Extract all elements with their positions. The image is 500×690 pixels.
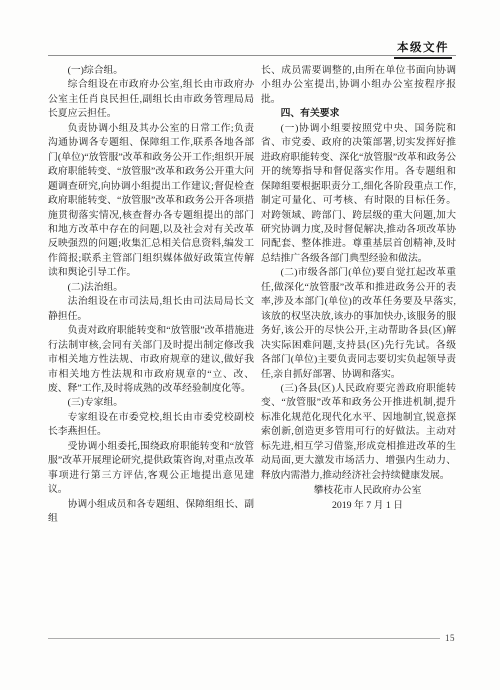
paragraph-continuation-end: 长、成员需要调整的,由所在单位书面向协调小组办公室提出,协调小组办公室按程序报批…	[261, 64, 456, 107]
subheading-group-3: (三)专家组。	[48, 396, 254, 410]
paragraph: 综合组设在市政府办公室,组长由市政府办公室主任肖良民担任,副组长由市政务管理局局…	[48, 78, 254, 121]
left-column: (一)综合组。 综合组设在市政府办公室,组长由市政府办公室主任肖良民担任,副组长…	[48, 64, 254, 527]
paragraph: 专家组设在市委党校,组长由市委党校副校长李燕担任。	[48, 411, 254, 440]
page-number: 15	[440, 633, 455, 643]
paragraph-continuation-start: 协调小组成员和各专题组、保障组组长、副组	[48, 498, 254, 527]
paragraph: (一)协调小组要按照党中央、国务院和省、市党委、政府的决策部署,切实发挥好推进政…	[261, 122, 456, 267]
paragraph: (三)各县(区)人民政府要完善政府职能转变、“放管服”改革和政务公开推进机制,提…	[261, 382, 456, 483]
signature-block: 攀枝花市人民政府办公室 2019 年 7 月 1 日	[270, 484, 465, 513]
footer-rule	[48, 638, 440, 639]
signature-issuer: 攀枝花市人民政府办公室	[270, 484, 465, 498]
document-page: 本级文件 (一)综合组。 综合组设在市政府办公室,组长由市政府办公室主任肖良民担…	[0, 0, 500, 690]
subheading-group-1: (一)综合组。	[48, 64, 254, 78]
section-heading-requirements: 四、有关要求	[261, 107, 456, 121]
paragraph: 法治组设在市司法局,组长由司法局局长文静担任。	[48, 295, 254, 324]
subheading-group-2: (二)法治组。	[48, 281, 254, 295]
paragraph: 受协调小组委托,围绕政府职能转变和“放管服”改革开展理论研究,提供政策咨询,对重…	[48, 440, 254, 498]
page-header-rule: 本级文件	[48, 32, 456, 56]
paragraph: 负责协调小组及其办公室的日常工作;负责沟通协调各专题组、保障组工作,联系各地各部…	[48, 122, 254, 281]
header-section-label: 本级文件	[394, 39, 452, 59]
paragraph: 负责对政府职能转变和“放管服”改革措施进行法制审核,会同有关部门及时提出制定修改…	[48, 324, 254, 396]
right-column: 长、成员需要调整的,由所在单位书面向协调小组办公室提出,协调小组办公室按程序报批…	[261, 64, 456, 513]
page-footer: 15	[48, 631, 455, 645]
paragraph: (二)市级各部门(单位)要自觉扛起改革重任,做深化“放管服”改革和推进政务公开的…	[261, 266, 456, 382]
signature-date: 2019 年 7 月 1 日	[270, 499, 465, 513]
